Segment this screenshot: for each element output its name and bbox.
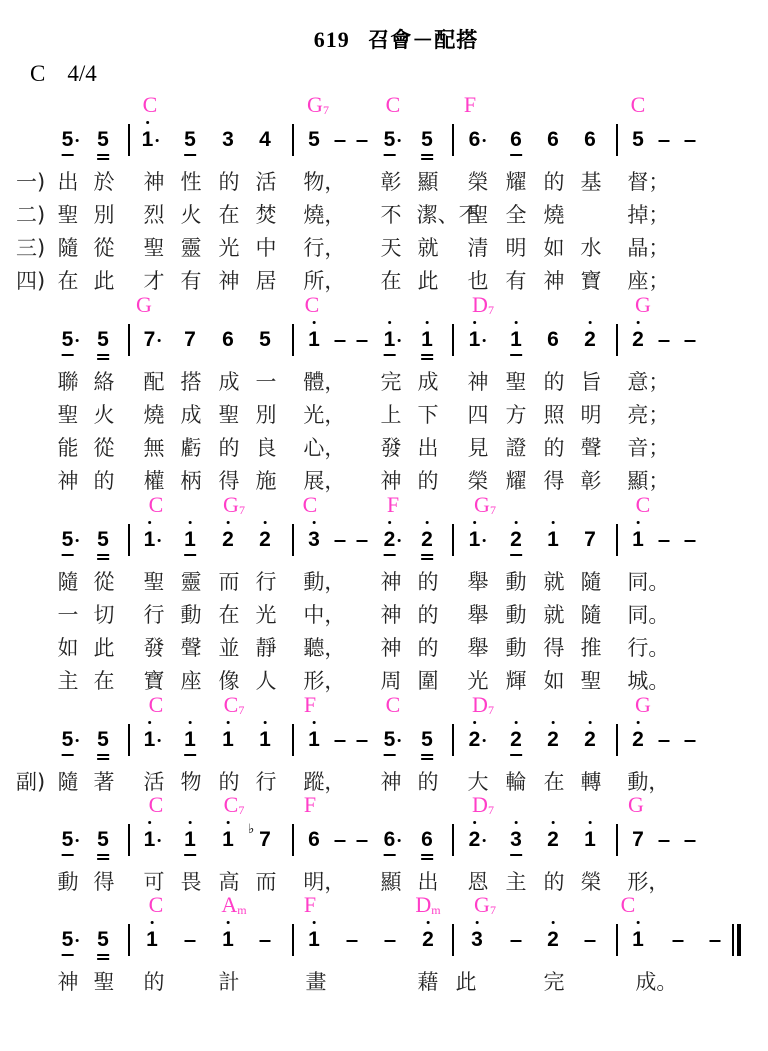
key: C [30,61,45,86]
note-row: 551117♭66623217 [0,820,768,860]
augmentation-dot [157,839,160,842]
lyric-char: 聯 [58,366,79,396]
chord-symbol: Dm [415,892,440,918]
augmentation-dot [482,339,485,342]
lyric-char: 清 [468,232,489,262]
lyric-char: 聖 [94,966,115,996]
hold-dash [673,940,684,942]
lyric-char: 的 [544,366,565,396]
verse-label: 四) [16,265,45,295]
chord-symbol: C [149,492,164,518]
note: 5 [62,828,79,852]
note: 2 [632,728,644,752]
chord-symbol: F [387,492,399,518]
note: 5 [62,928,79,952]
note: 5 [97,828,109,852]
lyric-char: 動 [181,599,202,629]
lyric-char: 推 [581,632,602,662]
lyric-char: 才 [144,265,165,295]
note: 7 [584,528,596,552]
lyric-char: 搭 [181,366,202,396]
lyric-char: 此 [456,966,477,996]
chord-row: CC7FCD7G [0,692,768,718]
high-octave-dot [388,521,391,524]
lyric-char: 上 [381,399,402,429]
lyric-char: 隨 [58,232,79,262]
lyric-char: 的 [544,432,565,462]
chord-symbol: G7 [223,492,245,518]
lyric-char: 人 [256,665,277,695]
hold-dash [347,940,358,942]
note: 2 [584,328,596,352]
lyric-char: 居 [256,265,277,295]
lyric-char: 耀 [506,465,527,495]
lyric-char: 聖 [219,399,240,429]
lyric-char: 就 [544,599,565,629]
lyric-char: 寶 [581,265,602,295]
chord-symbol: D7 [472,792,494,818]
lyric-char: 不 [381,199,402,229]
lyric-char: 聖 [581,665,602,695]
note: 2 [632,328,644,352]
augmentation-dot [482,739,485,742]
lyric-char: 座； [627,265,669,295]
augmentation-dot [155,139,158,142]
lyric-char: 的 [219,166,240,196]
lyric-char: 聖 [506,366,527,396]
lyric-char: 就 [544,566,565,596]
note-row: 55111115522222 [0,720,768,760]
chord-symbol: C7 [224,692,245,718]
bar-line [452,724,454,756]
note: 7♭ [259,828,271,852]
note: 7 [144,328,161,352]
note: 5 [97,728,109,752]
note: 1 [384,328,401,352]
lyric-char: 有 [181,265,202,295]
note: 1 [547,528,559,552]
note: 1 [632,528,644,552]
chord-symbol: C [386,92,401,118]
lyric-char: 榮 [468,465,489,495]
lyric-char: 聖 [58,199,79,229]
note: 2 [510,728,522,752]
lyric-char: 火 [94,399,115,429]
note: 1 [308,928,320,952]
lyric-char: 彰 [381,166,402,196]
lyric-char: 成。 [635,966,677,996]
lyric-char: 完 [544,966,565,996]
bar-line [292,924,294,956]
augmentation-dot [482,839,485,842]
lyric-line: 聯絡配搭成一體，完成神聖的旨意； [0,366,768,398]
lyric-char: 也 [468,265,489,295]
lyric-char: 的 [94,465,115,495]
lyric-char: 燒， [303,199,345,229]
lyric-char: 光 [219,232,240,262]
bar-line [616,324,618,356]
augmentation-dot [75,739,78,742]
hymn-number: 619 [314,27,350,52]
lyric-char: 的 [144,966,165,996]
bar-line [292,824,294,856]
note: 3 [510,828,522,852]
lyric-char: 此 [418,265,439,295]
lyric-char: 耀 [506,166,527,196]
high-octave-dot [426,521,429,524]
lyric-char: 的 [418,465,439,495]
lyric-char: 行 [144,599,165,629]
lyric-line: 神聖的計畫藉此完成。 [0,966,768,998]
high-octave-dot [148,521,151,524]
lyric-char: 體， [303,366,345,396]
hold-dash [659,340,670,342]
note: 2 [421,528,433,552]
lyric-char: 能 [58,432,79,462]
chord-symbol: F [304,892,316,918]
high-octave-dot [313,721,316,724]
lyric-char: 舉 [468,599,489,629]
lyric-char: 就 [418,232,439,262]
lyric-char: 神 [144,166,165,196]
lyric-char: 燒 [544,199,565,229]
bar-line [452,124,454,156]
verse-label: 三) [16,232,45,262]
lyric-char: 明 [581,399,602,429]
augmentation-dot [397,139,400,142]
lyric-char: 從 [94,432,115,462]
hold-dash [385,940,396,942]
augmentation-dot [157,339,160,342]
high-octave-dot [589,321,592,324]
lyric-line: 三)隨從聖靈光中行，天就清明如水晶； [0,232,768,264]
lyric-char: 圍 [418,665,439,695]
lyric-char: 方 [506,399,527,429]
high-octave-dot [515,521,518,524]
hold-dash [260,940,271,942]
high-octave-dot [552,821,555,824]
lyric-char: 並 [219,632,240,662]
lyric-line: 隨從聖靈而行動，神的舉動就隨同。 [0,566,768,598]
note: 5 [259,328,271,352]
augmentation-dot [482,139,485,142]
lyric-char: 發 [144,632,165,662]
note: 2 [547,928,559,952]
note: 2 [469,828,486,852]
lyric-char: 靜 [256,632,277,662]
lyric-char: 在 [219,599,240,629]
hold-dash [357,140,368,142]
chord-symbol: C [621,892,636,918]
note: 1 [184,828,196,852]
lyric-char: 藉 [418,966,439,996]
note-row: 55112232212171 [0,520,768,560]
note: 1 [142,128,159,152]
lyric-char: 配 [144,366,165,396]
chord-symbol: G [635,292,651,318]
note: 2 [547,728,559,752]
lyric-char: 發 [381,432,402,462]
final-bar-line [737,924,741,956]
augmentation-dot [75,139,78,142]
hold-dash [710,940,721,942]
note: 5 [97,928,109,952]
note: 5 [384,728,401,752]
bar-line [732,924,734,956]
high-octave-dot [313,321,316,324]
note: 5 [184,128,196,152]
note: 1 [222,728,234,752]
high-octave-dot [227,521,230,524]
note: 5 [62,528,79,552]
high-octave-dot [227,721,230,724]
lyric-char: 四 [468,399,489,429]
high-octave-dot [515,721,518,724]
note: 7 [184,328,196,352]
high-octave-dot [476,921,479,924]
lyric-char: 動 [506,566,527,596]
high-octave-dot [426,321,429,324]
lyric-char: 無 [144,432,165,462]
lyric-char: 聽， [303,632,345,662]
lyric-char: 良 [256,432,277,462]
lyric-char: 烈 [144,199,165,229]
high-octave-dot [473,321,476,324]
lyric-char: 的 [219,432,240,462]
bar-line [616,724,618,756]
lyric-char: 光， [303,399,345,429]
note: 6 [222,328,234,352]
note: 1 [184,728,196,752]
note: 1 [144,828,161,852]
high-octave-dot [637,721,640,724]
lyric-char: 性 [181,166,202,196]
lyric-char: 督； [627,166,669,196]
note: 1 [144,728,161,752]
chord-symbol: D7 [472,292,494,318]
note: 1 [259,728,271,752]
lyric-char: 聲 [581,432,602,462]
time-signature: 4/4 [67,61,96,86]
hold-dash [335,740,346,742]
lyric-char: 形， [303,665,345,695]
lyric-char: 此 [94,632,115,662]
lyric-char: 明 [506,232,527,262]
lyric-char: 畫 [306,966,327,996]
high-octave-dot [552,521,555,524]
lyric-char: 施 [256,465,277,495]
lyric-char: 動 [506,632,527,662]
lyric-char: 寶 [144,665,165,695]
lyric-char: 別 [256,399,277,429]
lyric-char: 的 [418,632,439,662]
note: 1 [222,928,234,952]
lyric-char: 完 [381,366,402,396]
lyric-char: 心， [303,432,345,462]
note: 1 [584,828,596,852]
bar-line [128,824,130,856]
lyric-char: 城。 [627,665,669,695]
bar-line [128,124,130,156]
lyric-char: 神 [219,265,240,295]
note: 5 [421,728,433,752]
lyric-line: 如此發聲並靜聽，神的舉動得推行。 [0,632,768,664]
bar-line [452,524,454,556]
lyric-char: 隨 [58,566,79,596]
note: 4 [259,128,271,152]
lyric-line: 聖火燒成聖別光，上下四方照明亮； [0,399,768,431]
note: 5 [97,528,109,552]
note: 6 [510,128,522,152]
note: 5 [62,728,79,752]
note: 2 [584,728,596,752]
chord-symbol: C [305,292,320,318]
hold-dash [335,540,346,542]
high-octave-dot [637,921,640,924]
bar-line [128,924,130,956]
high-octave-dot [515,321,518,324]
lyric-char: 聖 [468,199,489,229]
hold-dash [659,840,670,842]
lyric-char: 亮； [627,399,669,429]
high-octave-dot [552,721,555,724]
lyric-char: 聖 [144,232,165,262]
high-octave-dot [473,821,476,824]
lyric-char: 神 [381,632,402,662]
note: 7 [632,828,644,852]
high-octave-dot [264,721,267,724]
lyric-line: 一)出於神性的活物，彰顯榮耀的基督； [0,166,768,198]
lyric-char: 所， [303,265,345,295]
lyric-char: 基 [581,166,602,196]
hold-dash [685,340,696,342]
lyric-char: 行 [256,566,277,596]
lyric-char: 的 [544,166,565,196]
lyric-char: 主 [58,665,79,695]
hold-dash [357,740,368,742]
hold-dash [185,940,196,942]
bar-line [292,324,294,356]
note: 1 [421,328,433,352]
lyric-char: 燒 [144,399,165,429]
lyric-char: 彰 [581,465,602,495]
bar-line [292,524,294,556]
lyric-char: 有 [506,265,527,295]
bar-line [128,724,130,756]
chord-row: CG7CFC [0,92,768,118]
lyric-char: 柄 [181,465,202,495]
note: 1 [308,728,320,752]
bar-line [128,524,130,556]
high-octave-dot [227,821,230,824]
bar-line [128,324,130,356]
lyric-char: 出 [58,166,79,196]
chord-symbol: C [631,92,646,118]
lyric-char: 座 [181,665,202,695]
chord-symbol: C [149,792,164,818]
lyric-char: 光 [256,599,277,629]
high-octave-dot [264,521,267,524]
lyric-char: 行。 [627,632,669,662]
augmentation-dot [157,539,160,542]
hold-dash [357,540,368,542]
hold-dash [685,140,696,142]
lyric-char: 一 [58,599,79,629]
note: 2 [510,528,522,552]
augmentation-dot [397,339,400,342]
high-octave-dot [552,921,555,924]
note: 2 [469,728,486,752]
lyric-char: 光 [468,665,489,695]
lyric-char: 中， [303,599,345,629]
high-octave-dot [473,521,476,524]
lyric-char: 靈 [181,566,202,596]
lyric-char: 出 [418,432,439,462]
lyric-char: 得 [219,465,240,495]
note: 2 [259,528,271,552]
high-octave-dot [189,821,192,824]
note: 1 [510,328,522,352]
bar-line [616,924,618,956]
flat-icon: ♭ [248,818,254,842]
high-octave-dot [227,921,230,924]
lyric-char: 動， [303,566,345,596]
lyric-char: 中 [256,232,277,262]
chord-symbol: C [303,492,318,518]
lyric-char: 顯 [418,166,439,196]
lyric-char: 展， [303,465,345,495]
chord-symbol: G7 [474,492,496,518]
verse-label: 一) [16,166,45,196]
chord-symbol: G [136,292,152,318]
lyric-char: 此 [94,265,115,295]
hold-dash [685,540,696,542]
key-signature: C4/4 [30,61,119,87]
chord-symbol: D7 [472,692,494,718]
lyric-char: 在 [94,665,115,695]
note: 5 [308,128,320,152]
bar-line [452,824,454,856]
hold-dash [659,740,670,742]
augmentation-dot [75,939,78,942]
lyric-char: 焚 [256,199,277,229]
note: 1 [146,928,158,952]
chord-symbol: Am [221,892,246,918]
lyric-char: 音； [627,432,669,462]
note: 3 [222,128,234,152]
lyric-char: 在 [58,265,79,295]
bar-line [292,724,294,756]
note: 5 [421,128,433,152]
chord-symbol: C [149,892,164,918]
augmentation-dot [157,739,160,742]
chord-symbol: C [636,492,651,518]
high-octave-dot [589,721,592,724]
chord-row: CC7FD7G [0,792,768,818]
hold-dash [357,340,368,342]
chord-row: CAmFDmG7C [0,892,768,918]
augmentation-dot [482,539,485,542]
lyric-char: 天 [381,232,402,262]
lyric-char: 照 [544,399,565,429]
hold-dash [335,140,346,142]
note: 5 [632,128,644,152]
high-octave-dot [589,821,592,824]
lyric-char: 像 [219,665,240,695]
hold-dash [685,740,696,742]
lyric-char: 別 [94,199,115,229]
note: 6 [584,128,596,152]
